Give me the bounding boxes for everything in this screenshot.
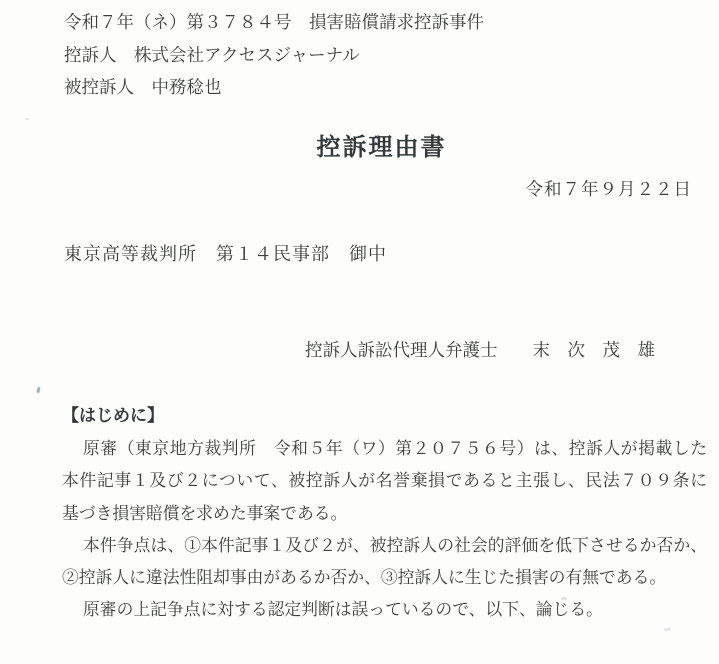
- paragraph-line: 原審（東京地方裁判所 令和５年（ワ）第２０７５６号）は、控訴人が掲載した: [62, 436, 707, 468]
- scan-artifact: [664, 628, 671, 632]
- scan-artifact: [561, 597, 567, 600]
- paragraph-line: 原審の上記争点に対する認定判断は誤っているので、以下、論じる。: [62, 597, 707, 629]
- case-number-line: 令和７年（ネ）第３７８４号 損害賠償請求控訴事件: [64, 13, 484, 35]
- appellant-line: 控訴人 株式会社アクセスジャーナル: [64, 46, 360, 68]
- section-heading: 【はじめに】: [62, 404, 707, 436]
- court-recipient-line: 東京高等裁判所 第１４民事部 御中: [64, 244, 387, 267]
- paragraph-line: 本件争点は、①本件記事１及び２が、被控訴人の社会的評価を低下させるか否か、: [62, 533, 707, 565]
- attorney-signature-line: 控訴人訴訟代理人弁護士 末 次 茂 雄: [305, 341, 655, 363]
- appellee-line: 被控訴人 中務稔也: [64, 78, 222, 100]
- paragraph-line: 基づき損害賠償を求めた事案である。: [62, 501, 707, 533]
- document-date: 令和７年９月２２日: [526, 180, 693, 202]
- paragraph-line: 本件記事１及び２について、被控訴人が名誉棄損であると主張し、民法７０９条に: [62, 468, 707, 500]
- paragraph-line: ②控訴人に違法性阻却事由があるか否か、③控訴人に生じた損害の有無である。: [62, 565, 707, 597]
- document-title: 控訴理由書: [22, 132, 719, 162]
- scan-artifact: [36, 387, 40, 394]
- scan-artifact: [25, 118, 29, 120]
- scanned-legal-document-page: 令和７年（ネ）第３７８４号 損害賠償請求控訴事件 控訴人 株式会社アクセスジャー…: [0, 0, 719, 664]
- section-body: 【はじめに】 原審（東京地方裁判所 令和５年（ワ）第２０７５６号）は、控訴人が掲…: [62, 404, 707, 629]
